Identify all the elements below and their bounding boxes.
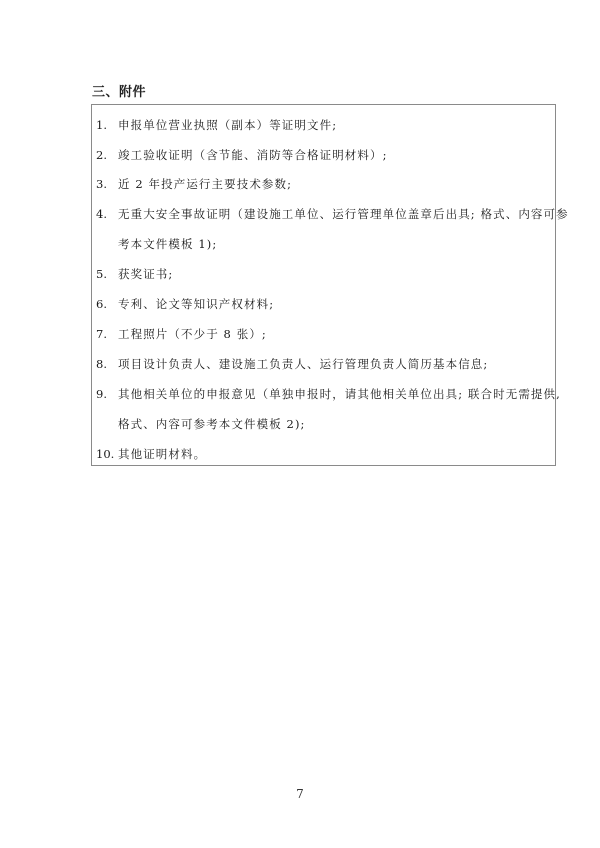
- item-text: 竣工验收证明（含节能、消防等合格证明材料）;: [118, 148, 388, 162]
- attachment-item-4-continuation: 考本文件模板 1);: [118, 237, 217, 251]
- item-number: 7.: [96, 327, 118, 341]
- item-text: 申报单位营业执照（副本）等证明文件;: [118, 118, 337, 132]
- attachment-item-7: 7. 工程照片（不少于 8 张）;: [96, 327, 267, 341]
- item-number: 5.: [96, 267, 118, 281]
- item-number: 8.: [96, 357, 118, 371]
- item-text: 获奖证书;: [118, 267, 173, 281]
- item-number: 6.: [96, 297, 118, 311]
- item-number: 3.: [96, 177, 118, 191]
- attachment-item-3: 3. 近 2 年投产运行主要技术参数;: [96, 177, 292, 191]
- attachment-item-1: 1. 申报单位营业执照（副本）等证明文件;: [96, 118, 337, 132]
- attachment-item-9-continuation: 格式、内容可参考本文件模板 2);: [118, 417, 306, 431]
- attachment-item-6: 6. 专利、论文等知识产权材料;: [96, 297, 274, 311]
- page-number: 7: [0, 787, 600, 801]
- attachment-item-9: 9. 其他相关单位的申报意见（单独申报时，请其他相关单位出具; 联合时无需提供,: [96, 387, 561, 401]
- attachment-item-10: 10. 其他证明材料。: [96, 447, 206, 461]
- attachment-item-4: 4. 无重大安全事故证明（建设施工单位、运行管理单位盖章后出具; 格式、内容可参: [96, 207, 569, 221]
- attachment-item-2: 2. 竣工验收证明（含节能、消防等合格证明材料）;: [96, 148, 388, 162]
- item-text: 专利、论文等知识产权材料;: [118, 297, 274, 311]
- item-text: 项目设计负责人、建设施工负责人、运行管理负责人简历基本信息;: [118, 357, 488, 371]
- item-text: 其他证明材料。: [118, 447, 206, 461]
- item-text: 工程照片（不少于 8 张）;: [118, 327, 267, 341]
- item-number: 10.: [96, 447, 118, 461]
- item-number: 2.: [96, 148, 118, 162]
- attachment-item-8: 8. 项目设计负责人、建设施工负责人、运行管理负责人简历基本信息;: [96, 357, 488, 371]
- attachment-item-5: 5. 获奖证书;: [96, 267, 173, 281]
- item-text: 无重大安全事故证明（建设施工单位、运行管理单位盖章后出具; 格式、内容可参: [118, 207, 569, 221]
- item-text: 近 2 年投产运行主要技术参数;: [118, 177, 292, 191]
- item-number: 1.: [96, 118, 118, 132]
- item-number: 9.: [96, 387, 118, 401]
- item-number: 4.: [96, 207, 118, 221]
- item-text: 其他相关单位的申报意见（单独申报时，请其他相关单位出具; 联合时无需提供,: [118, 387, 561, 401]
- section-title: 三、附件: [92, 81, 146, 100]
